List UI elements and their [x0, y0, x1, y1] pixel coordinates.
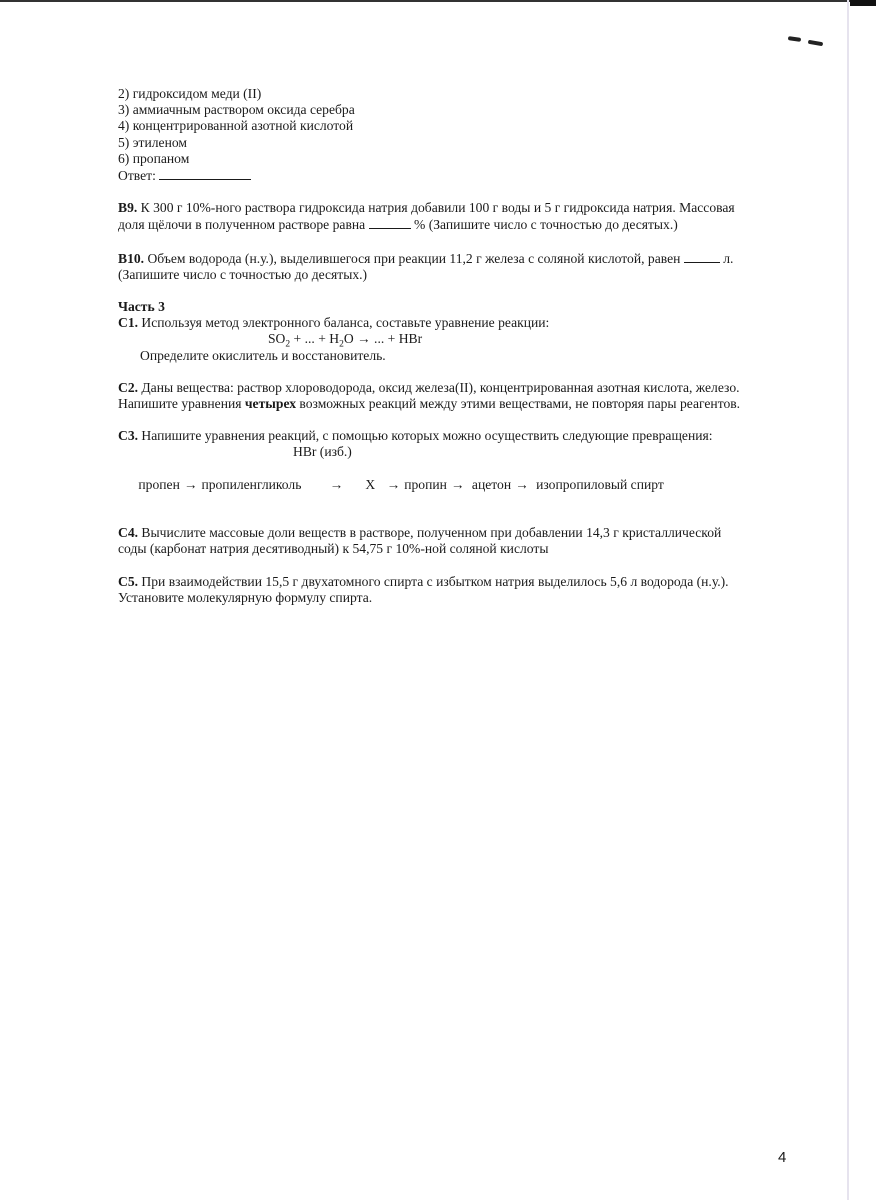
- answer-blank: [159, 167, 251, 180]
- question-c5: С5. При взаимодействии 15,5 г двухатомно…: [118, 574, 778, 606]
- answer-blank: [369, 216, 411, 229]
- pen-mark: [808, 40, 823, 47]
- question-c3: С3. Напишите уравнения реакций, с помощь…: [118, 428, 778, 509]
- question-text: % (Запишите число с точностью до десятых…: [411, 217, 678, 232]
- answer-label: Ответ:: [118, 168, 156, 183]
- question-c2: С2. Даны вещества: раствор хлороводорода…: [118, 380, 778, 412]
- section-title: Часть 3: [118, 299, 165, 314]
- question-text: Вычислите массовые доли веществ в раство…: [138, 525, 721, 540]
- scan-fold-line: [847, 0, 849, 1200]
- question-label: С4.: [118, 525, 138, 540]
- answer-blank: [684, 250, 720, 263]
- question-text: л.: [720, 251, 734, 266]
- question-label: С1.: [118, 315, 138, 330]
- question-text: Установите молекулярную формулу спирта.: [118, 590, 778, 606]
- question-text: Объем водорода (н.у.), выделившегося при…: [144, 251, 684, 266]
- pen-mark: [788, 36, 801, 42]
- option-item: 3) аммиачным раствором оксида серебра: [118, 102, 778, 118]
- question-text: Даны вещества: раствор хлороводорода, ок…: [138, 380, 740, 395]
- question-text: К 300 г 10%-ного раствора гидроксида нат…: [137, 200, 734, 215]
- question-text: Определите окислитель и восстановитель.: [118, 348, 778, 364]
- question-b9: В9. К 300 г 10%-ного раствора гидроксида…: [118, 200, 778, 233]
- question-text: Используя метод электронного баланса, со…: [138, 315, 549, 330]
- scan-edge-top: [0, 0, 876, 2]
- answer-line: Ответ:: [118, 167, 778, 184]
- document-page: 2) гидроксидом меди (II) 3) аммиачным ра…: [118, 86, 778, 606]
- transformation-chain: пропен→пропиленгликоль → X →пропин→ ацет…: [118, 461, 778, 510]
- page-number: 4: [778, 1149, 786, 1166]
- option-item: 5) этиленом: [118, 135, 778, 151]
- reaction-equation: SO2 + ... + H2O → ... + HBr: [118, 331, 778, 347]
- question-label: В10.: [118, 251, 144, 266]
- question-label: В9.: [118, 200, 137, 215]
- question-text: При взаимодействии 15,5 г двухатомного с…: [138, 574, 729, 589]
- question-text: доля щёлочи в полученном растворе равна: [118, 217, 369, 232]
- question-c4: С4. Вычислите массовые доли веществ в ра…: [118, 525, 778, 557]
- question-text: (Запишите число с точностью до десятых.): [118, 267, 778, 283]
- answer-options-list: 2) гидроксидом меди (II) 3) аммиачным ра…: [118, 86, 778, 184]
- question-label: С3.: [118, 428, 138, 443]
- question-b10: В10. Объем водорода (н.у.), выделившегос…: [118, 250, 778, 283]
- option-item: 4) концентрированной азотной кислотой: [118, 118, 778, 134]
- reagent-label: HBr (изб.): [118, 444, 778, 460]
- option-item: 6) пропаном: [118, 151, 778, 167]
- question-c1: С1. Используя метод электронного баланса…: [118, 315, 778, 364]
- question-label: С5.: [118, 574, 138, 589]
- question-label: С2.: [118, 380, 138, 395]
- option-item: 2) гидроксидом меди (II): [118, 86, 778, 102]
- scan-corner-mark: [850, 0, 876, 6]
- question-text: соды (карбонат натрия десятиводный) к 54…: [118, 541, 778, 557]
- question-text: Напишите уравнения реакций, с помощью ко…: [138, 428, 713, 443]
